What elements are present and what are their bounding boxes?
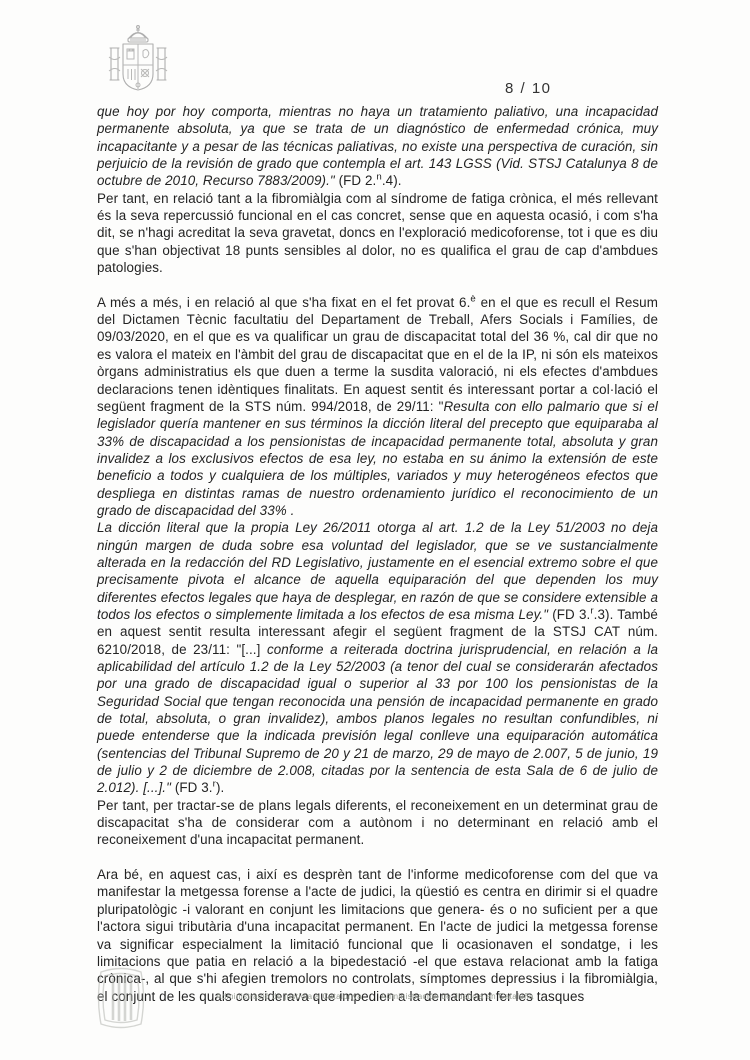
continuation-text: en el que es recull el Resum del Dictame… [97, 295, 658, 414]
fd-reference: (FD 2. [335, 173, 377, 188]
footer-caption-spanish: Administración de Justicia en Cataluña [381, 992, 534, 1001]
spain-coat-of-arms-icon [106, 24, 170, 104]
page-number: 8 / 10 [505, 80, 552, 97]
footer-caption: Administració de justícia a Catalunya Ad… [145, 992, 605, 1001]
catalonia-justice-seal-icon [93, 966, 149, 1032]
lead-text: A més a més, i en relació al que s'ha fi… [97, 295, 470, 310]
fd-reference-3: (FD 3. [171, 780, 213, 795]
paragraph-la-diccion-literal: La dicción literal que la propia Ley 26/… [97, 519, 658, 797]
fd-reference-2-end: .3). [594, 607, 614, 622]
fd-reference-3-end: ). [216, 780, 224, 795]
footer-caption-catalan: Administració de justícia a Catalunya [216, 992, 362, 1001]
paragraph-a-mes-a-mes: A més a més, i en relació al que s'ha fi… [97, 294, 658, 519]
sts-quote-italic: Resulta con ello palmario que si el legi… [97, 399, 658, 518]
scanned-judgment-page: 8 / 10 que hoy por hoy comporta, mientra… [0, 0, 750, 1060]
paragraph-per-tant-fibromialgia: Per tant, en relació tant a la fibromiàl… [97, 190, 658, 277]
stsj-quote-italic: conforme a reiterada doctrina jurisprude… [97, 642, 658, 796]
fd-reference-2: (FD 3. [548, 607, 590, 622]
fd-reference-end: .4). [382, 173, 402, 188]
paragraph-ara-be: Ara bé, en aquest cas, i així es desprèn… [97, 866, 658, 1005]
paragraph-spanish-quote-end: que hoy por hoy comporta, mientras no ha… [97, 103, 658, 190]
judgment-body-text: que hoy por hoy comporta, mientras no ha… [97, 103, 658, 1005]
paragraph-per-tant-plans-legals: Per tant, per tractar-se de plans legals… [97, 797, 658, 849]
